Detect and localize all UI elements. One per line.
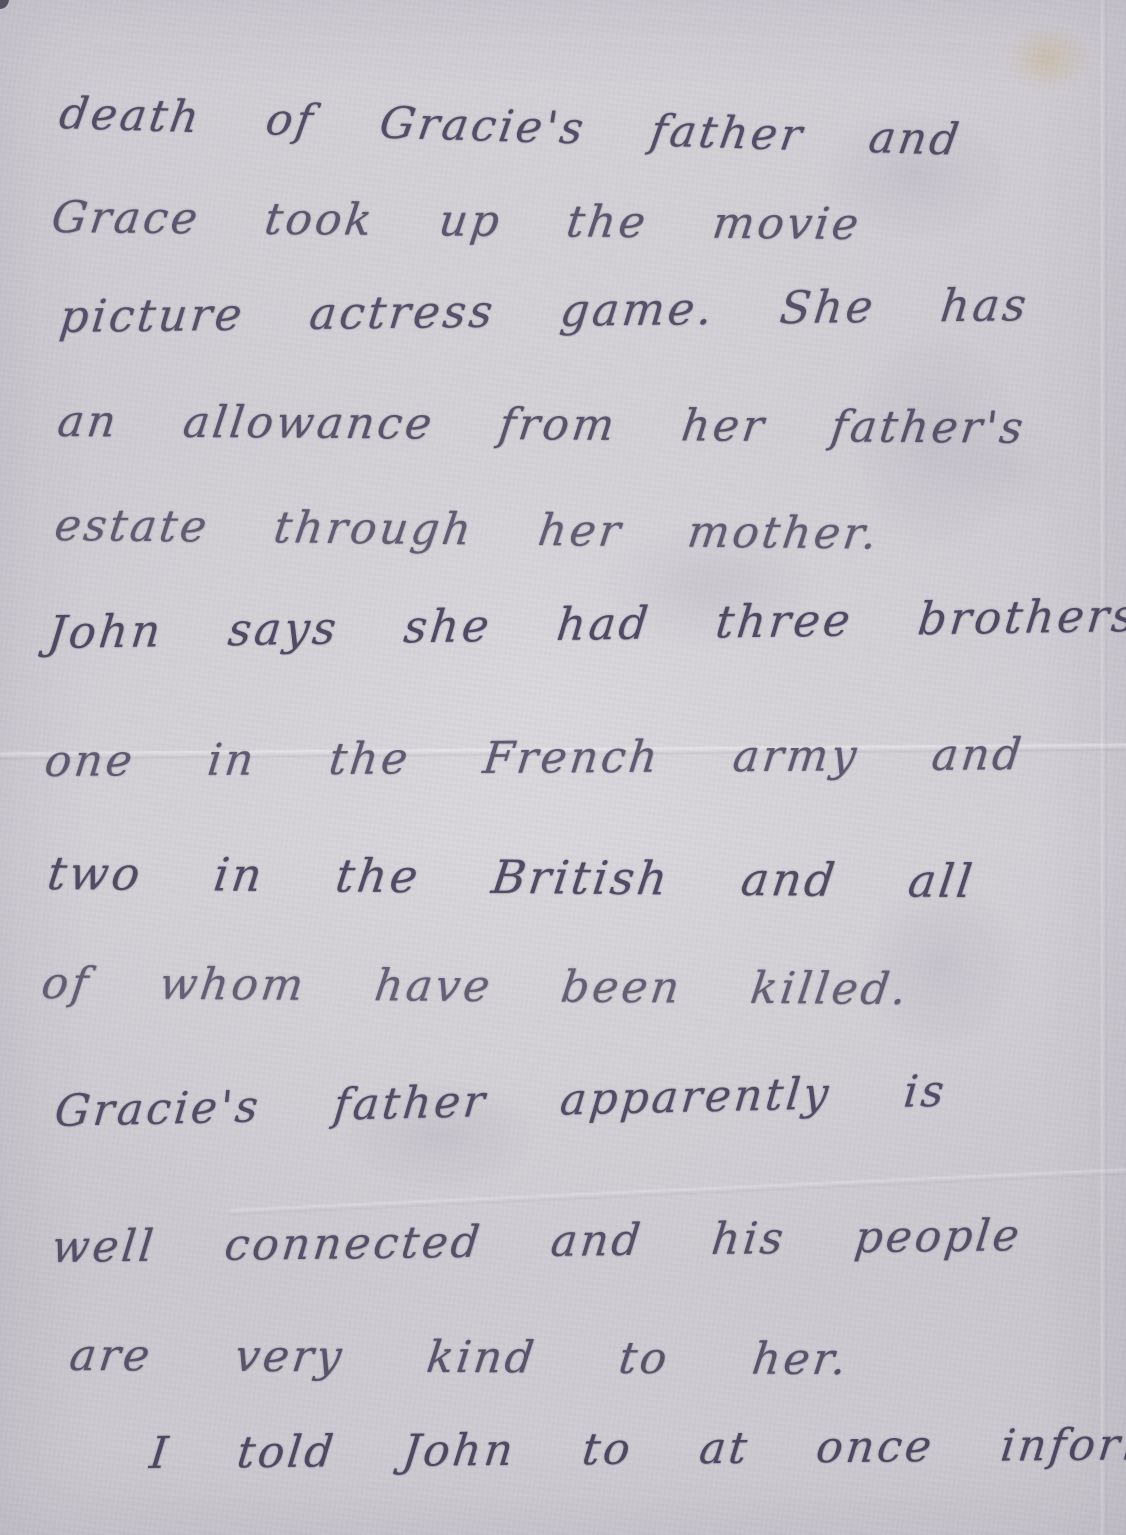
diagonal-fold-crease bbox=[230, 1167, 1126, 1215]
letter-line-6: John says she had three brothers bbox=[45, 589, 1126, 659]
ink-showthrough-smudge bbox=[850, 330, 1020, 550]
letter-line-2: Grace took up the movie bbox=[49, 192, 865, 250]
letter-line-7: one in the French army and bbox=[42, 729, 1027, 787]
paper-grain-texture bbox=[0, 0, 1126, 1535]
vertical-fold-crease bbox=[1101, 0, 1107, 1535]
letter-line-12: are very kind to her. bbox=[67, 1330, 853, 1385]
letter-line-8: two in the British and all bbox=[44, 846, 978, 908]
letter-line-1: death of Gracie's father and bbox=[56, 88, 965, 166]
ink-showthrough-smudge bbox=[340, 1080, 540, 1190]
horizontal-fold-crease bbox=[0, 743, 1126, 759]
letter-page: death of Gracie's father and Grace took … bbox=[0, 0, 1126, 1535]
corner-speck bbox=[0, 0, 9, 9]
letter-line-5: estate through her mother. bbox=[52, 500, 883, 560]
letter-line-3: picture actress game. She has bbox=[57, 278, 1032, 343]
letter-line-9: of whom have been killed. bbox=[39, 958, 913, 1015]
letter-line-11: well connected and his people bbox=[49, 1210, 1024, 1273]
ink-showthrough-smudge bbox=[820, 110, 1010, 240]
ink-showthrough-smudge bbox=[600, 520, 820, 650]
letter-line-13: I told John to at once inform bbox=[147, 1419, 1126, 1479]
ink-showthrough-smudge bbox=[860, 880, 1020, 1050]
letter-line-10: Gracie's father apparently is bbox=[52, 1066, 949, 1137]
letter-line-4: an allowance from her father's bbox=[55, 396, 1029, 454]
